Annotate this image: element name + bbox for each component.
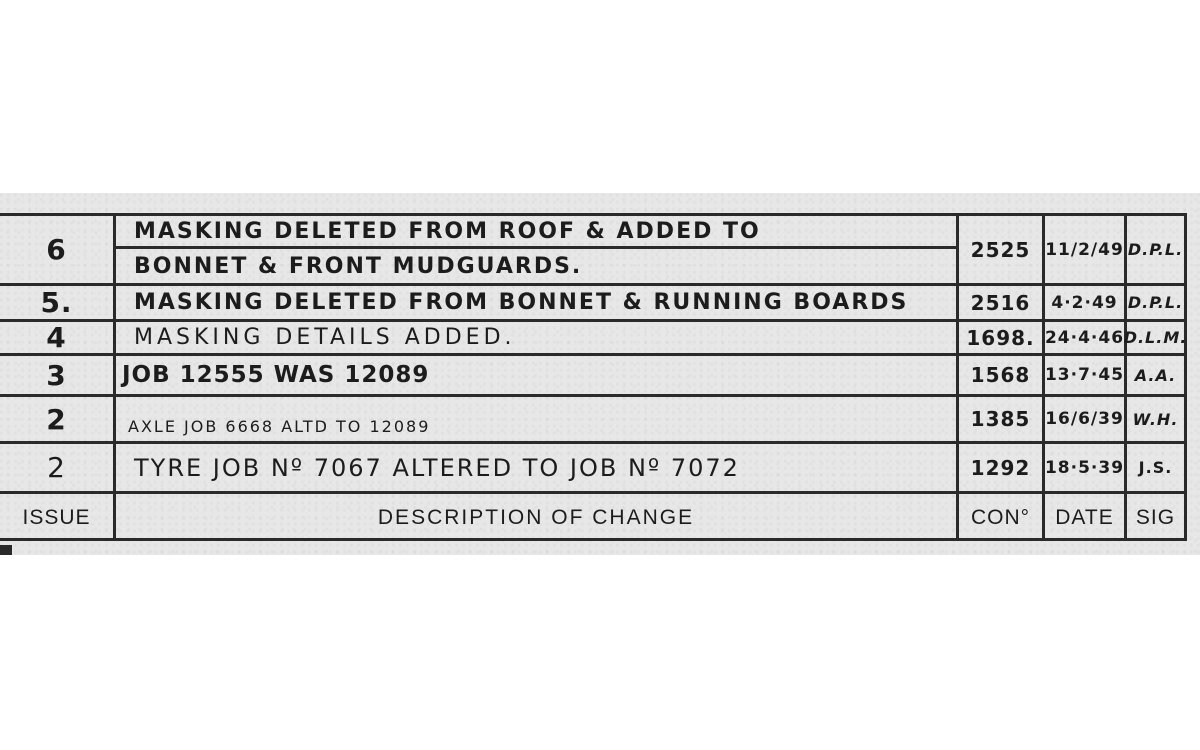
issue-cell: 5. [0,286,113,319]
date-cell: 24·4·46 [1045,322,1124,353]
description-cell: TYRE JOB Nº 7067 ALTERED TO JOB Nº 7072 [116,444,956,491]
con-number-cell: 1292 [959,444,1042,491]
revision-table: 6 MASKING DELETED FROM ROOF & ADDED TO B… [0,213,1187,541]
con-number-cell: 2525 [959,216,1042,283]
header-issue: ISSUE [0,494,113,541]
description-cell-line2: BONNET & FRONT MUDGUARDS. [116,249,956,283]
scan-edge-mark [0,545,12,555]
date-cell: 13·7·45 [1045,356,1124,394]
header-con-number: CON° [959,494,1042,541]
date-cell: 4·2·49 [1045,286,1124,319]
issue-cell: 4 [0,322,113,353]
header-description: DESCRIPTION OF CHANGE [116,494,956,541]
description-cell-line1: MASKING DELETED FROM ROOF & ADDED TO [116,216,956,247]
date-cell: 11/2/49 [1045,216,1124,283]
description-cell: MASKING DETAILS ADDED. [116,322,956,353]
scanned-revision-block: 6 MASKING DELETED FROM ROOF & ADDED TO B… [0,193,1200,555]
signature-cell: J.S. [1127,444,1184,491]
header-signature: SIG [1127,494,1184,541]
signature-cell: A.A. [1127,356,1184,394]
con-number-cell: 2516 [959,286,1042,319]
description-cell: MASKING DELETED FROM BONNET & RUNNING BO… [116,286,956,319]
issue-cell: 2 [0,397,113,441]
signature-cell: D.L.M. [1127,322,1184,353]
header-date: DATE [1045,494,1124,541]
date-cell: 18·5·39 [1045,444,1124,491]
signature-cell: D.P.L. [1127,216,1184,283]
issue-cell: 6 [0,216,113,283]
con-number-cell: 1568 [959,356,1042,394]
issue-cell: 3 [0,356,113,394]
description-cell: JOB 12555 WAS 12089 [116,356,956,394]
signature-cell: W.H. [1127,397,1184,441]
issue-cell: 2 [0,444,113,491]
con-number-cell: 1385 [959,397,1042,441]
signature-cell: D.P.L. [1127,286,1184,319]
description-cell: AXLE JOB 6668 ALTD TO 12089 [116,412,956,441]
con-number-cell: 1698. [959,322,1042,353]
date-cell: 16/6/39 [1045,397,1124,441]
